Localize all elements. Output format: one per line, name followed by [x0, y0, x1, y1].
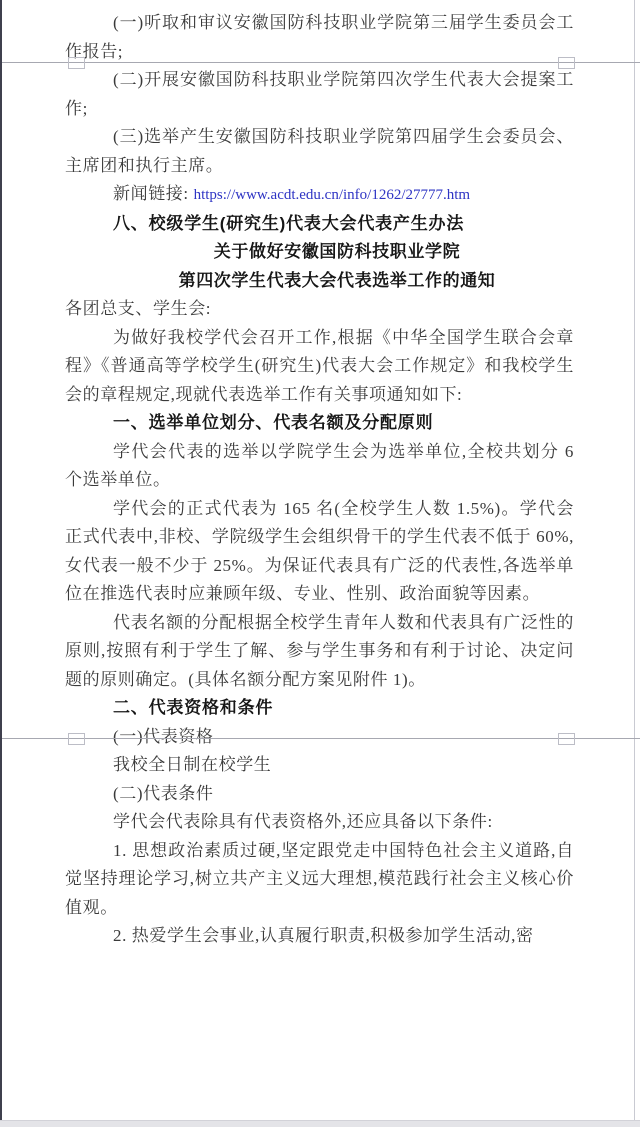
agenda-item-3: (三)选举产生安徽国防科技职业学院第四届学生会委员会、主席团和执行主席。: [65, 123, 574, 180]
section1-para-2: 学代会的正式代表为 165 名(全校学生人数 1.5%)。学代会正式代表中,非校…: [65, 495, 574, 609]
salutation: 各团总支、学生会:: [65, 295, 574, 324]
section2-heading: 二、代表资格和条件: [65, 694, 574, 723]
condition-1: 1. 思想政治素质过硬,坚定跟党走中国特色社会主义道路,自觉坚持理论学习,树立共…: [65, 837, 574, 923]
section1-para-3: 代表名额的分配根据全校学生青年人数和代表具有广泛性的原则,按照有利于学生了解、参…: [65, 609, 574, 695]
agenda-item-1: (一)听取和审议安徽国防科技职业学院第三届学生委员会工作报告;: [65, 9, 574, 66]
notice-title-line1: 关于做好安徽国防科技职业学院: [65, 238, 574, 267]
margin-corner-mark-icon: [68, 57, 85, 69]
news-link[interactable]: https://www.acdt.edu.cn/info/1262/27777.…: [194, 187, 471, 203]
section1-heading: 一、选举单位划分、代表名额及分配原则: [65, 409, 574, 438]
news-link-line: 新闻链接: https://www.acdt.edu.cn/info/1262/…: [65, 180, 574, 210]
condition-2: 2. 热爱学生会事业,认真履行职责,积极参加学生活动,密: [65, 922, 574, 951]
document-page: (一)听取和审议安徽国防科技职业学院第三届学生委员会工作报告; (二)开展安徽国…: [0, 0, 640, 1120]
margin-corner-mark-icon: [558, 733, 575, 745]
page-break-divider-2: [2, 738, 640, 739]
condition-label: (二)代表条件: [65, 780, 574, 809]
section8-heading: 八、校级学生(研究生)代表大会代表产生办法: [65, 210, 574, 239]
margin-corner-mark-icon: [558, 57, 575, 69]
margin-corner-mark-icon: [68, 733, 85, 745]
condition-intro: 学代会代表除具有代表资格外,还应具备以下条件:: [65, 808, 574, 837]
news-link-label: 新闻链接:: [113, 184, 189, 203]
page-break-divider-1: [2, 62, 640, 63]
intro-paragraph: 为做好我校学代会召开工作,根据《中华全国学生联合会章程》《普通高等学校学生(研究…: [65, 324, 574, 410]
page-content: (一)听取和审议安徽国防科技职业学院第三届学生委员会工作报告; (二)开展安徽国…: [65, 9, 574, 951]
agenda-item-2: (二)开展安徽国防科技职业学院第四次学生代表大会提案工作;: [65, 66, 574, 123]
notice-title-line2: 第四次学生代表大会代表选举工作的通知: [65, 267, 574, 296]
qualification-text: 我校全日制在校学生: [65, 751, 574, 780]
page-right-edge: [634, 0, 635, 1120]
page-gap-strip: [0, 1120, 640, 1127]
section1-para-1: 学代会代表的选举以学院学生会为选举单位,全校共划分 6 个选举单位。: [65, 438, 574, 495]
qualification-label: (一)代表资格: [65, 723, 574, 752]
